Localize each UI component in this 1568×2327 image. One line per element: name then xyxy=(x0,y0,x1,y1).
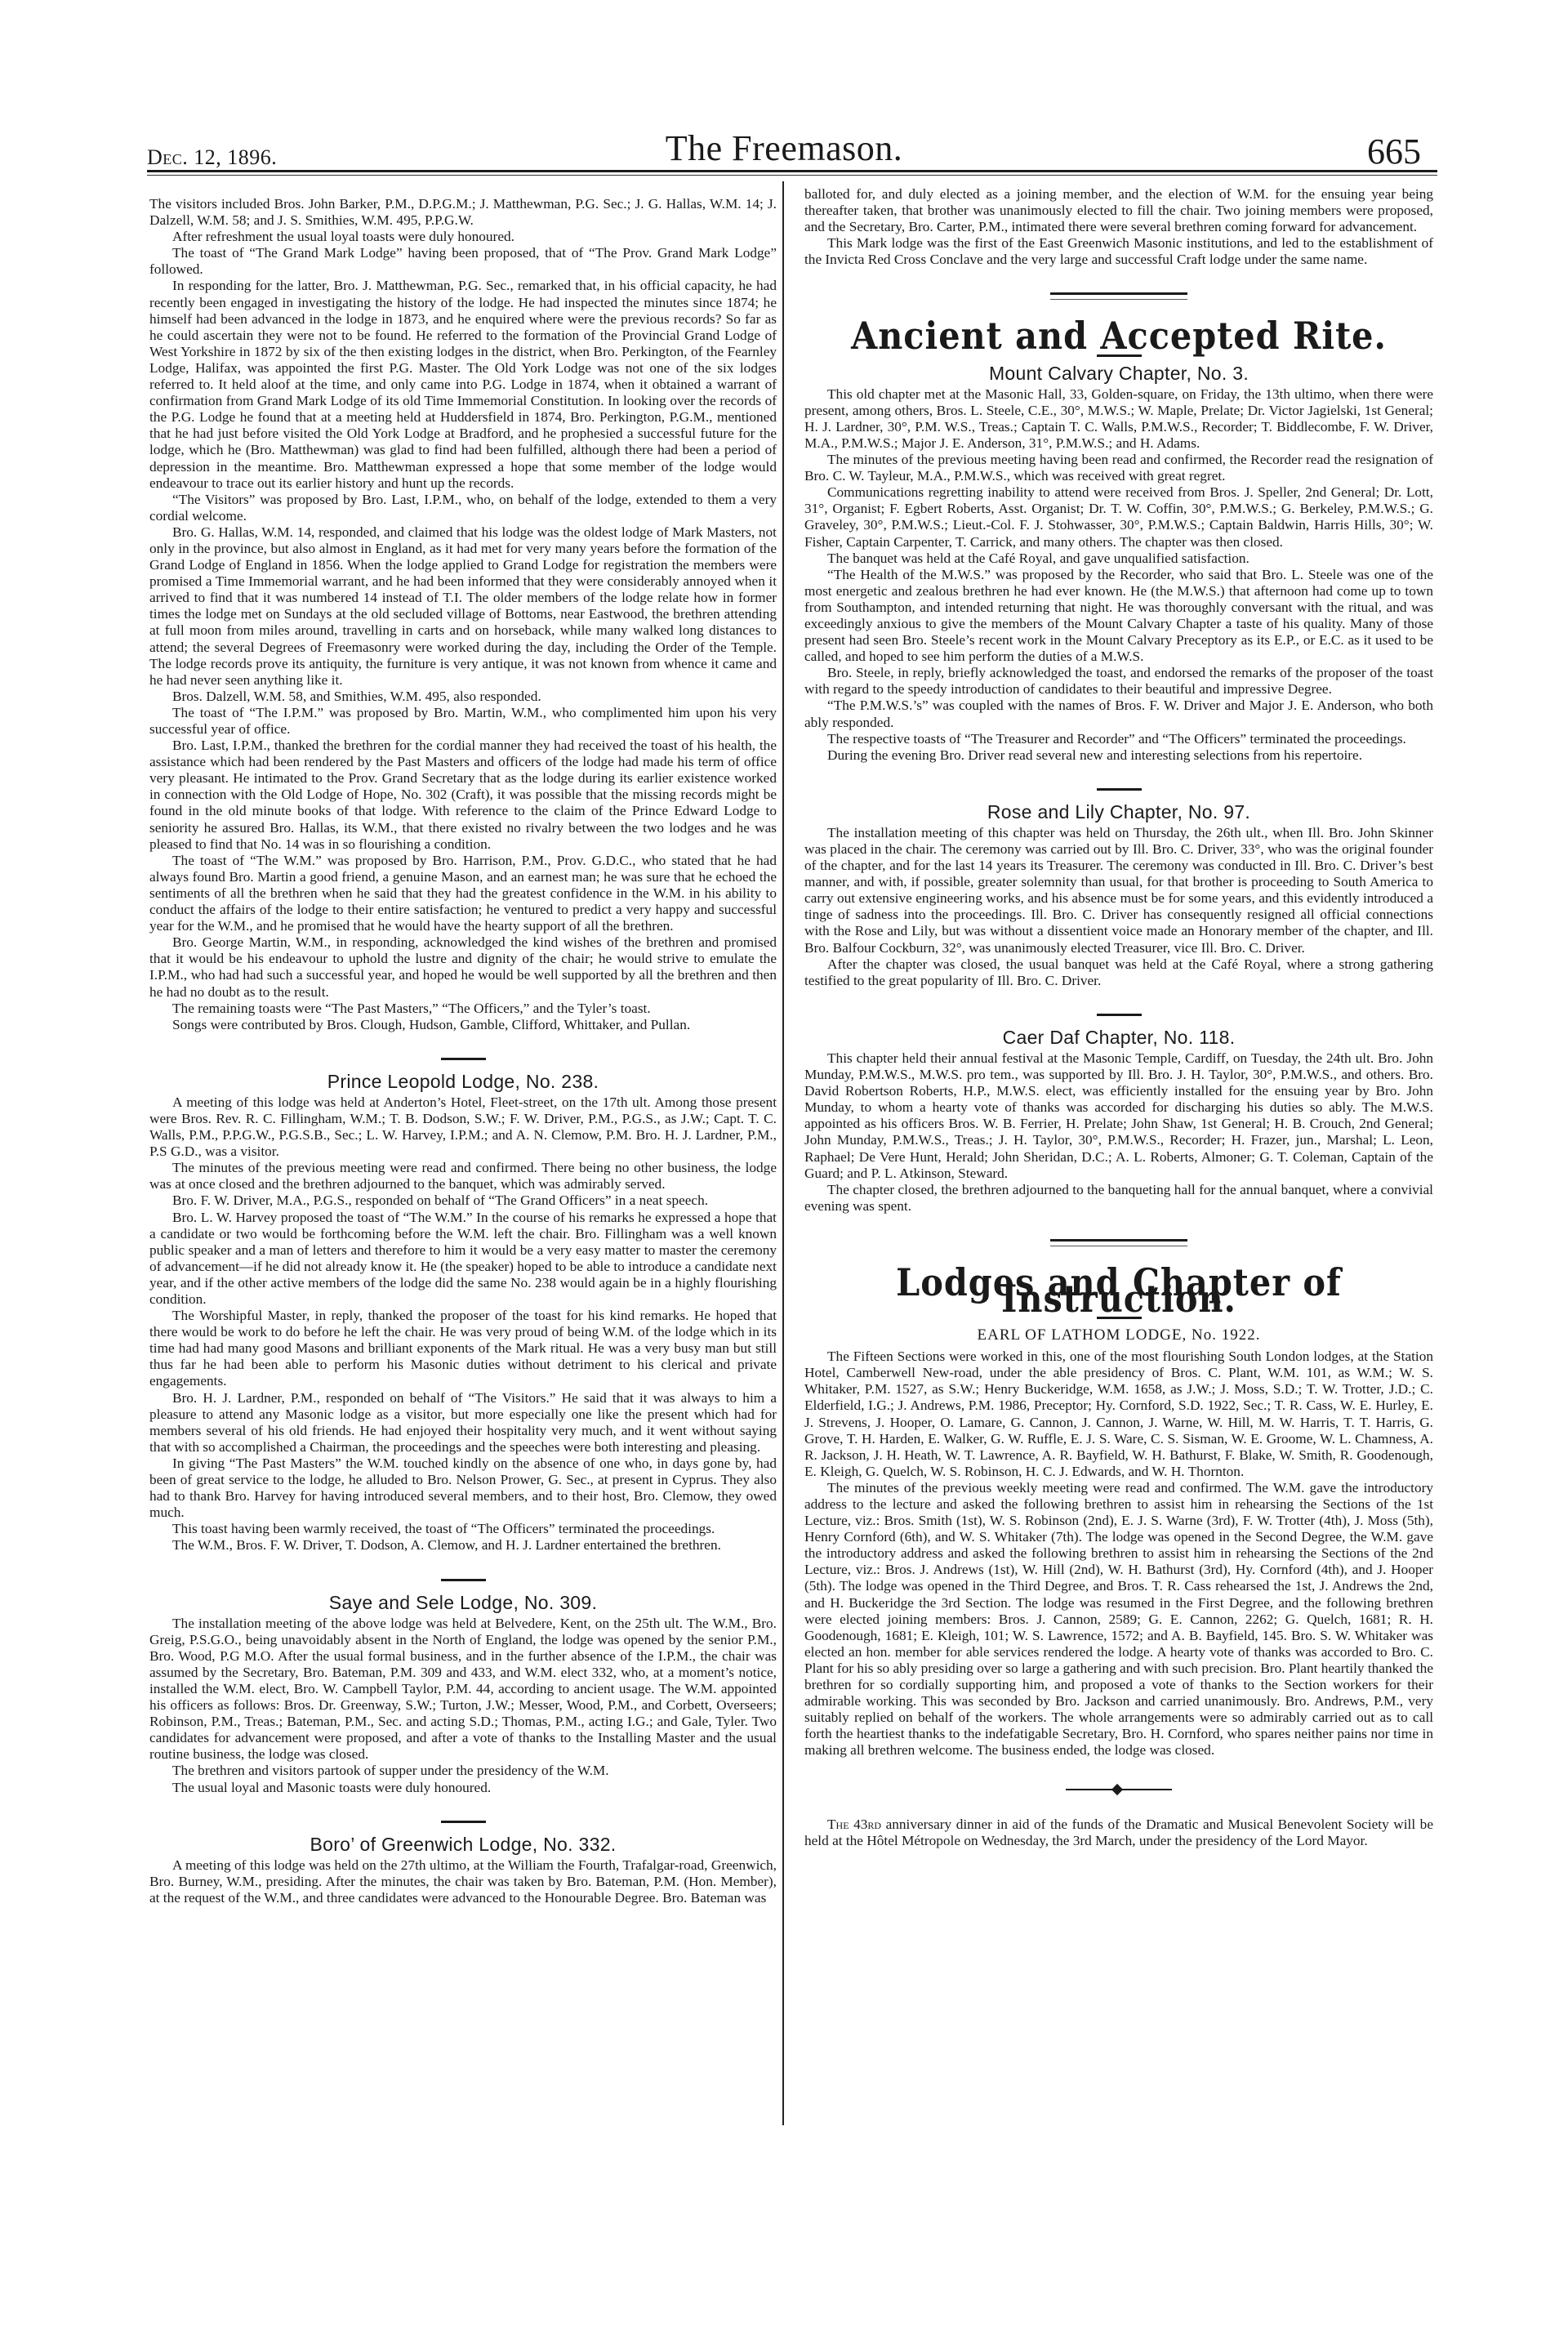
paragraph: The remaining toasts were “The Past Mast… xyxy=(149,1001,777,1017)
paragraph: The banquet was held at the Café Royal, … xyxy=(804,551,1433,567)
section-heading-earl-of-lathom: EARL OF LATHOM LODGE, No. 1922. xyxy=(804,1327,1433,1344)
closing-notice: The 43rd anniversary dinner in aid of th… xyxy=(804,1817,1433,1849)
paragraph: A meeting of this lodge was held on the … xyxy=(149,1857,777,1906)
section-heading-boro-of-greenwich: Boro’ of Greenwich Lodge, No. 332. xyxy=(149,1836,777,1852)
banner-lodges-chapter-instruction: Lodges and Chapter of Instruction. xyxy=(804,1274,1433,1307)
paragraph: The minutes of the previous meeting were… xyxy=(149,1160,777,1192)
paragraph: Bro. George Martin, W.M., in responding,… xyxy=(149,934,777,1000)
section-heading-saye-and-sele: Saye and Sele Lodge, No. 309. xyxy=(149,1594,777,1611)
right-column: balloted for, and duly elected as a join… xyxy=(804,186,1433,1849)
paragraph: The Fifteen Sections were worked in this… xyxy=(804,1349,1433,1480)
paragraph: Songs were contributed by Bros. Clough, … xyxy=(149,1017,777,1033)
paragraph: The chapter closed, the brethren adjourn… xyxy=(804,1182,1433,1215)
paragraph: The W.M., Bros. F. W. Driver, T. Dodson,… xyxy=(149,1537,777,1554)
section-divider xyxy=(441,1058,486,1060)
paragraph: The Worshipful Master, in reply, thanked… xyxy=(149,1308,777,1389)
paragraph: This Mark lodge was the first of the Eas… xyxy=(804,235,1433,268)
publication-title: The Freemason. xyxy=(147,127,1421,169)
section-divider xyxy=(1097,1014,1142,1016)
paragraph: A meeting of this lodge was held at Ande… xyxy=(149,1094,777,1160)
paragraph: The installation meeting of the above lo… xyxy=(149,1616,777,1763)
section-divider xyxy=(441,1821,486,1823)
section-heading-mount-calvary: Mount Calvary Chapter, No. 3. xyxy=(804,365,1433,381)
banner-divider xyxy=(1050,292,1187,300)
paragraph: Bro. F. W. Driver, M.A., P.G.S., respond… xyxy=(149,1192,777,1209)
paragraph: After refreshment the usual loyal toasts… xyxy=(149,229,777,245)
column-divider xyxy=(782,181,784,2125)
header-rule xyxy=(147,170,1437,172)
paragraph: Bro. Steele, in reply, briefly acknowled… xyxy=(804,665,1433,698)
paragraph: “The Health of the M.W.S.” was proposed … xyxy=(804,567,1433,666)
left-column: The visitors included Bros. John Barker,… xyxy=(149,196,777,1906)
diamond-divider xyxy=(1066,1784,1172,1795)
section-heading-caer-daf: Caer Daf Chapter, No. 118. xyxy=(804,1029,1433,1045)
paragraph: The usual loyal and Masonic toasts were … xyxy=(149,1780,777,1796)
paragraph: After the chapter was closed, the usual … xyxy=(804,956,1433,989)
paragraph: The brethren and visitors partook of sup… xyxy=(149,1763,777,1779)
paragraph: In giving “The Past Masters” the W.M. to… xyxy=(149,1455,777,1521)
paragraph: Bro. H. J. Lardner, P.M., responded on b… xyxy=(149,1390,777,1455)
section-heading-rose-and-lily: Rose and Lily Chapter, No. 97. xyxy=(804,804,1433,820)
section-divider xyxy=(1097,788,1142,791)
paragraph: Bro. G. Hallas, W.M. 14, responded, and … xyxy=(149,524,777,689)
page-number: 665 xyxy=(1367,131,1421,172)
banner-ancient-accepted-rite: Ancient and Accepted Rite. xyxy=(804,328,1433,344)
paragraph: “The P.M.W.S.’s” was coupled with the na… xyxy=(804,698,1433,730)
paragraph: The minutes of the previous weekly meeti… xyxy=(804,1480,1433,1759)
paragraph: The toast of “The Grand Mark Lodge” havi… xyxy=(149,245,777,278)
section-heading-prince-leopold: Prince Leopold Lodge, No. 238. xyxy=(149,1073,777,1090)
paragraph: During the evening Bro. Driver read seve… xyxy=(804,747,1433,764)
paragraph: This chapter held their annual festival … xyxy=(804,1050,1433,1182)
paragraph: Bro. L. W. Harvey proposed the toast of … xyxy=(149,1210,777,1308)
paragraph: The respective toasts of “The Treasurer … xyxy=(804,731,1433,747)
paragraph: The minutes of the previous meeting havi… xyxy=(804,452,1433,484)
paragraph: balloted for, and duly elected as a join… xyxy=(804,186,1433,235)
notice-lead: The 43rd xyxy=(827,1817,881,1832)
paragraph: The toast of “The W.M.” was proposed by … xyxy=(149,853,777,934)
paragraph: Bro. Last, I.P.M., thanked the brethren … xyxy=(149,738,777,853)
notice-text: anniversary dinner in aid of the funds o… xyxy=(804,1817,1433,1848)
paragraph: The toast of “The I.P.M.” was proposed b… xyxy=(149,705,777,738)
paragraph: The visitors included Bros. John Barker,… xyxy=(149,196,777,229)
paragraph: Communications regretting inability to a… xyxy=(804,484,1433,550)
paragraph: Bros. Dalzell, W.M. 58, and Smithies, W.… xyxy=(149,689,777,705)
paragraph: In responding for the latter, Bro. J. Ma… xyxy=(149,278,777,491)
diamond-ornament-icon xyxy=(1111,1783,1123,1794)
paragraph: The installation meeting of this chapter… xyxy=(804,825,1433,956)
paragraph: “The Visitors” was proposed by Bro. Last… xyxy=(149,492,777,524)
paragraph: This old chapter met at the Masonic Hall… xyxy=(804,386,1433,452)
section-divider xyxy=(441,1579,486,1581)
masthead: Dec. 12, 1896. The Freemason. 665 xyxy=(147,123,1421,172)
header-rule-thin xyxy=(147,175,1437,176)
banner-divider xyxy=(1050,1239,1187,1246)
paragraph: This toast having been warmly received, … xyxy=(149,1521,777,1537)
